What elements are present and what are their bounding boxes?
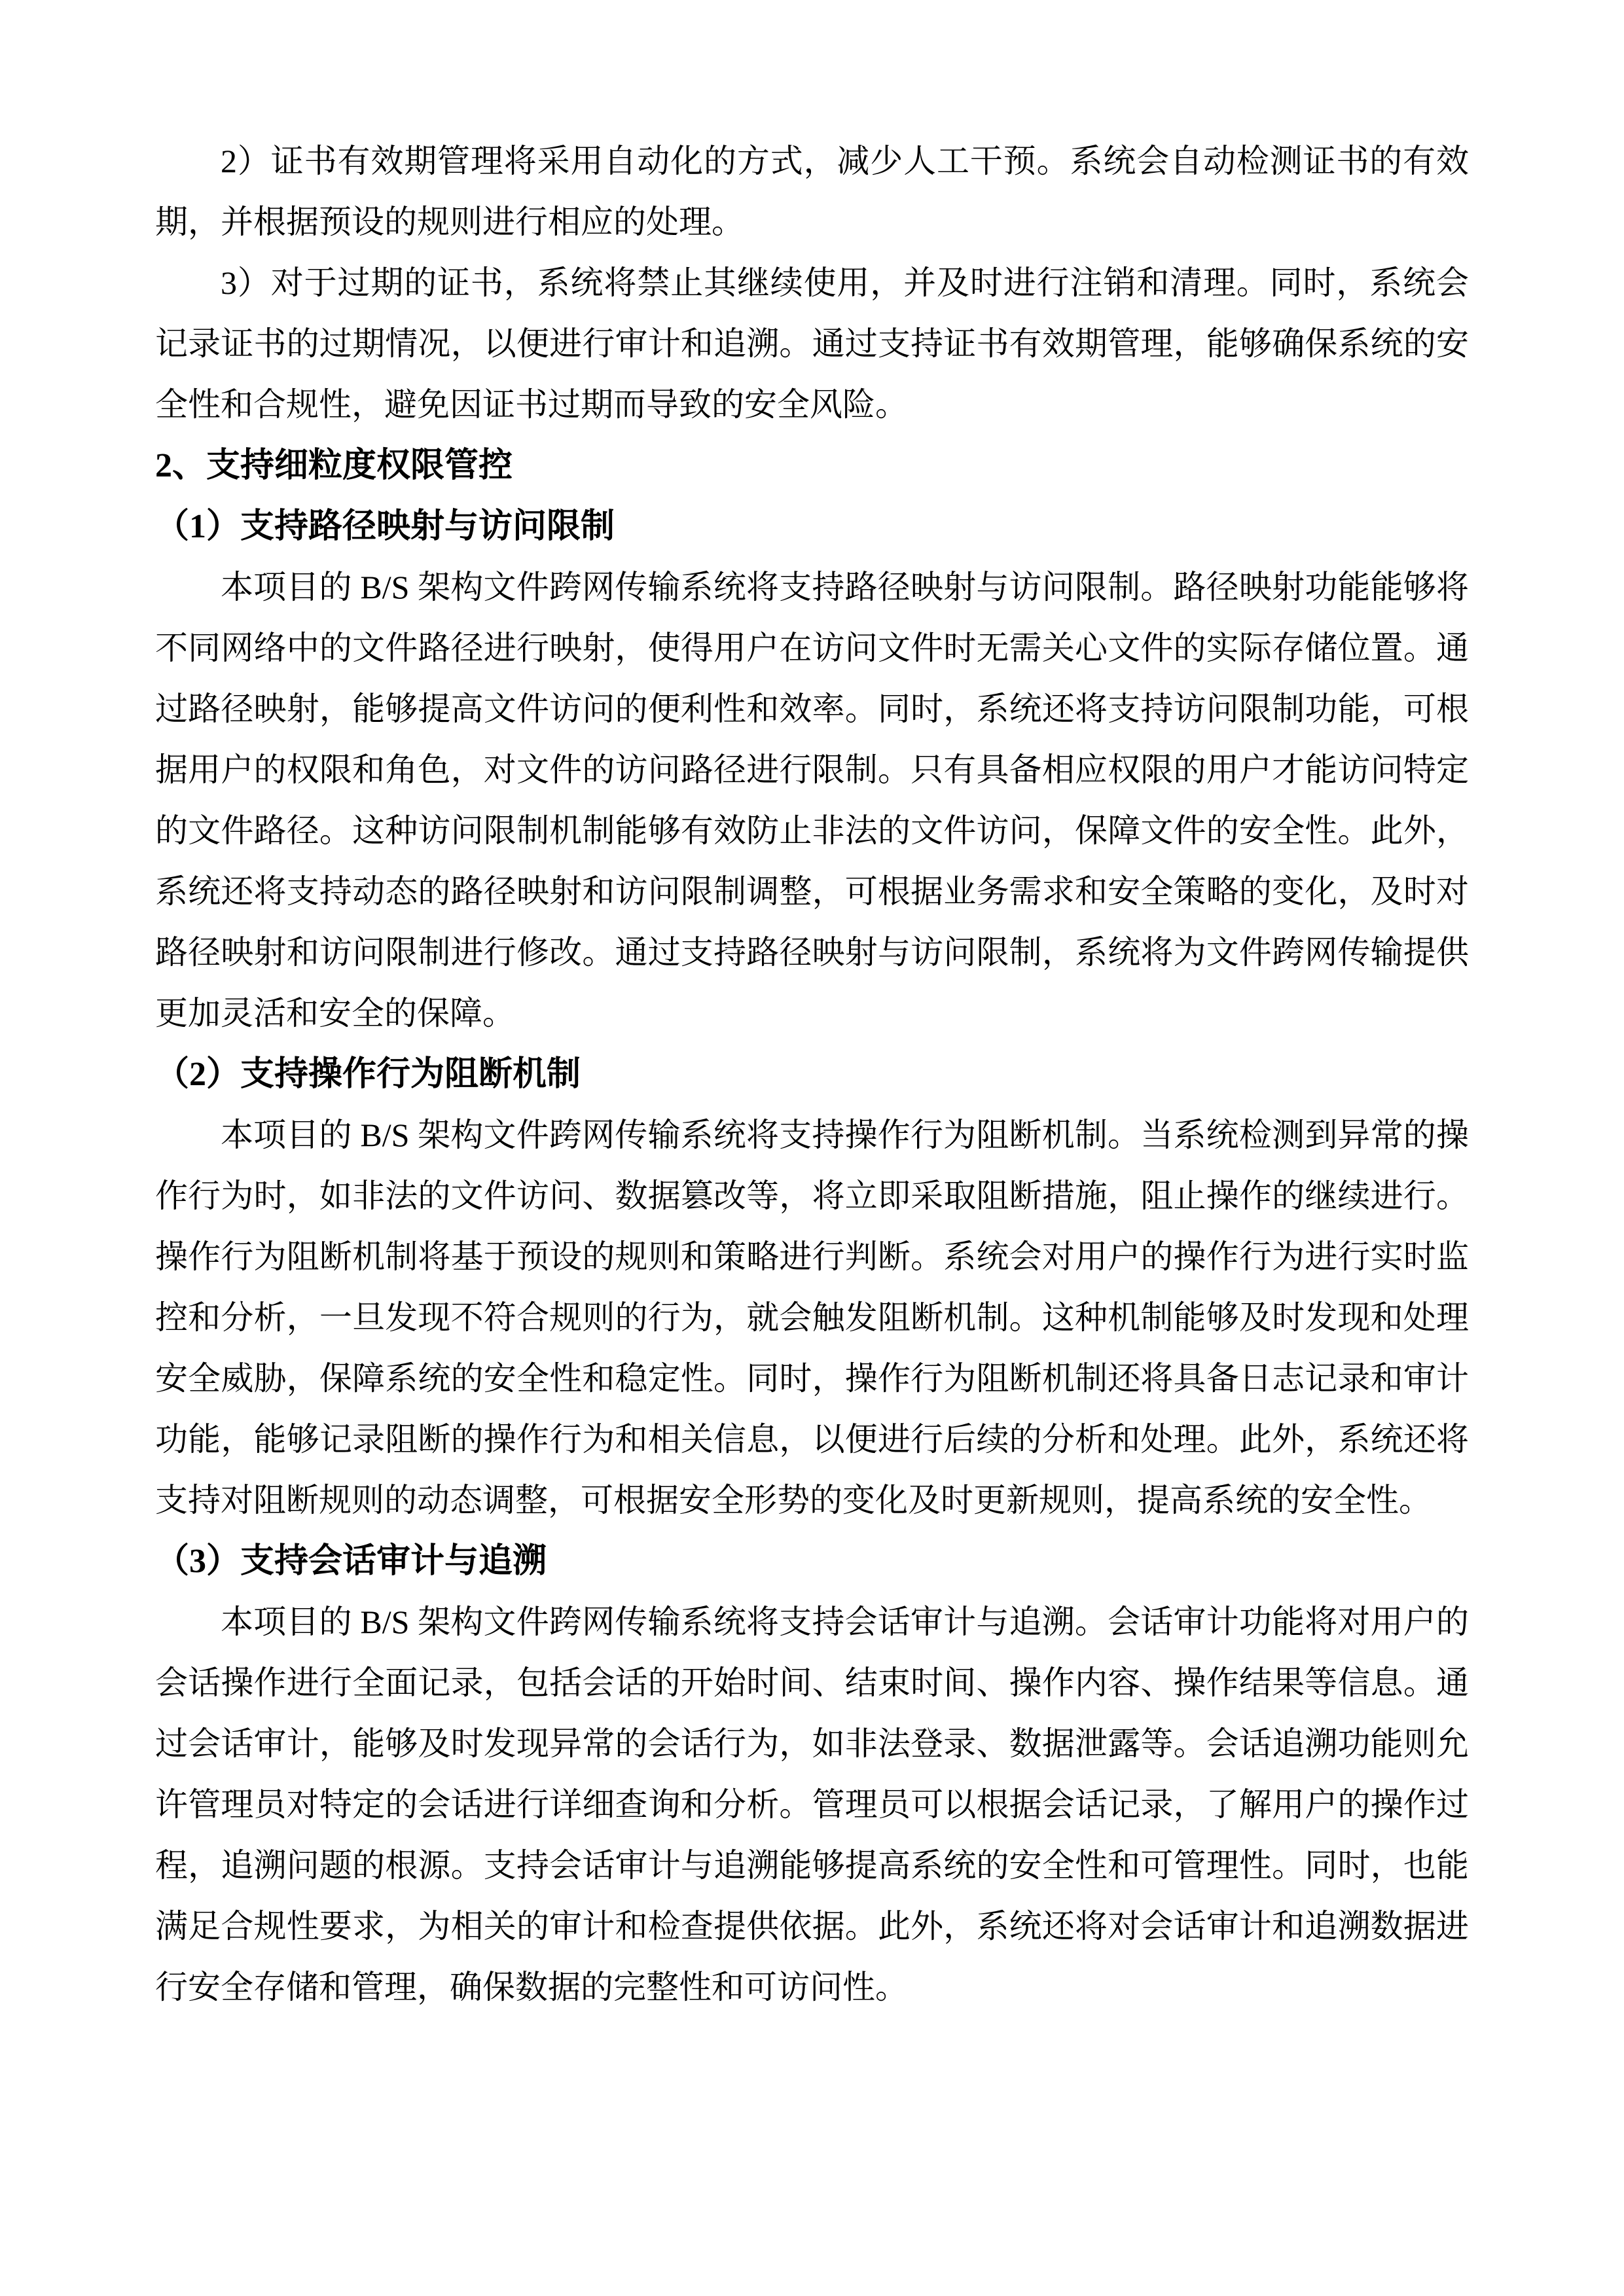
paragraph-session-audit-body: 本项目的 B/S 架构文件跨网传输系统将支持会话审计与追溯。会话审计功能将对用户…	[155, 1592, 1469, 2018]
section-heading-fine-grained-permission: 2、支持细粒度权限管控	[155, 435, 1469, 496]
document-page: 2）证书有效期管理将采用自动化的方式，减少人工干预。系统会自动检测证书的有效期，…	[0, 0, 1624, 2296]
paragraph-cert-expired-handling: 3）对于过期的证书，系统将禁止其继续使用，并及时进行注销和清理。同时，系统会记录…	[155, 253, 1469, 435]
paragraph-path-mapping-body: 本项目的 B/S 架构文件跨网传输系统将支持路径映射与访问限制。路径映射功能能够…	[155, 557, 1469, 1044]
subsection-heading-session-audit: （3）支持会话审计与追溯	[155, 1531, 1469, 1592]
document-body: 2）证书有效期管理将采用自动化的方式，减少人工干预。系统会自动检测证书的有效期，…	[155, 131, 1469, 2018]
subsection-heading-path-mapping: （1）支持路径映射与访问限制	[155, 496, 1469, 557]
paragraph-operation-blocking-body: 本项目的 B/S 架构文件跨网传输系统将支持操作行为阻断机制。当系统检测到异常的…	[155, 1105, 1469, 1531]
subsection-heading-operation-blocking: （2）支持操作行为阻断机制	[155, 1044, 1469, 1105]
paragraph-cert-validity-auto: 2）证书有效期管理将采用自动化的方式，减少人工干预。系统会自动检测证书的有效期，…	[155, 131, 1469, 253]
